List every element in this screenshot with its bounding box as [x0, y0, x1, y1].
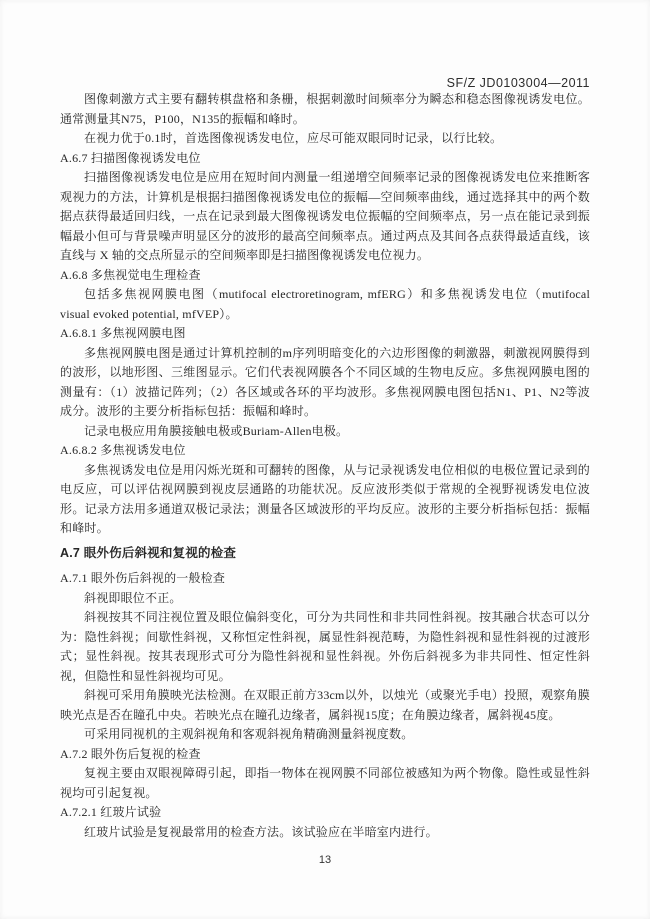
paragraph: 包括多焦视网膜电图（mutifocal electroretinogram, m…	[60, 285, 590, 324]
section-heading: A.6.8.1 多焦视网膜电图	[60, 324, 590, 344]
section-heading: A.7.1 眼外伤后斜视的一般检查	[60, 569, 590, 589]
document-page: SF/Z JD0103004—2011 图像刺激方式主要有翻转棋盘格和条栅，根据…	[0, 0, 650, 919]
paragraph: 在视力优于0.1时，首选图像视诱发电位，应尽可能双眼同时记录，以行比较。	[60, 129, 590, 149]
section-heading: A.6.8 多焦视觉电生理检查	[60, 266, 590, 286]
paragraph: 可采用同视机的主观斜视角和客观斜视角精确测量斜视度数。	[60, 725, 590, 745]
section-heading: A.7.2 眼外伤后复视的检查	[60, 745, 590, 765]
document-body: 图像刺激方式主要有翻转棋盘格和条栅，根据刺激时间频率分为瞬态和稳态图像视诱发电位…	[60, 90, 590, 842]
paragraph: 复视主要由双眼视障碍引起，即指一物体在视网膜不同部位被感知为两个物像。隐性或显性…	[60, 764, 590, 803]
paragraph: 图像刺激方式主要有翻转棋盘格和条栅，根据刺激时间频率分为瞬态和稳态图像视诱发电位…	[60, 90, 590, 129]
page-number: 13	[0, 854, 650, 866]
paragraph: 斜视按其不同注视位置及眼位偏斜变化，可分为共同性和非共同性斜视。按其融合状态可以…	[60, 608, 590, 686]
paragraph: 多焦视诱发电位是用闪烁光斑和可翻转的图像，从与记录视诱发电位相似的电极位置记录到…	[60, 461, 590, 539]
paragraph: 扫描图像视诱发电位是应用在短时间内测量一组递增空间频率记录的图像视诱发电位来推断…	[60, 168, 590, 266]
standard-number-header: SF/Z JD0103004—2011	[447, 76, 590, 90]
paragraph: 斜视即眼位不正。	[60, 589, 590, 609]
section-heading: A.6.8.2 多焦视诱发电位	[60, 441, 590, 461]
paragraph: 斜视可采用角膜映光法检测。在双眼正前方33cm以外，以烛光（或聚光手电）投照，观…	[60, 686, 590, 725]
paragraph: 记录电极应用角膜接触电极或Buriam-Allen电极。	[60, 422, 590, 442]
paragraph: 红玻片试验是复视最常用的检查方法。该试验应在半暗室内进行。	[60, 823, 590, 843]
paragraph: 多焦视网膜电图是通过计算机控制的m序列明暗变化的六边形图像的刺激器，刺激视网膜得…	[60, 344, 590, 422]
chapter-heading: A.7 眼外伤后斜视和复视的检查	[60, 544, 590, 564]
section-heading: A.7.2.1 红玻片试验	[60, 803, 590, 823]
section-heading: A.6.7 扫描图像视诱发电位	[60, 149, 590, 169]
